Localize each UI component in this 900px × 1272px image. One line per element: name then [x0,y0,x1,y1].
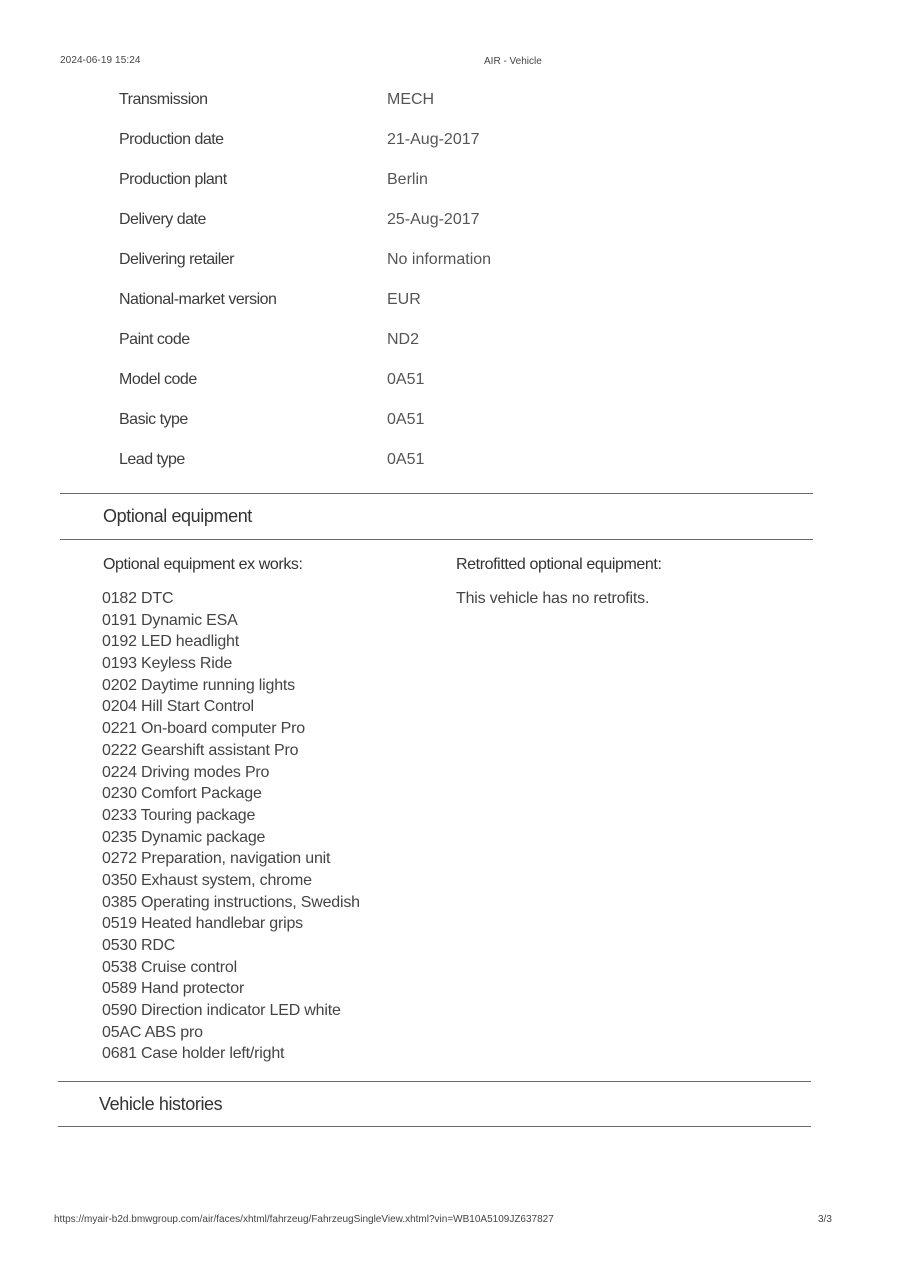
optional-equipment-title: Optional equipment [103,506,252,527]
info-label: Model code [119,371,387,389]
section-divider [60,539,813,540]
info-row-delivering-retailer: Delivering retailer No information [119,240,619,280]
info-value: EUR [387,291,421,309]
info-value: Berlin [387,171,428,189]
info-row-production-date: Production date 21-Aug-2017 [119,120,619,160]
info-row-transmission: Transmission MECH [119,80,619,120]
info-value: 0A51 [387,451,424,469]
retrofitted-heading: Retrofitted optional equipment: [456,556,662,574]
info-label: National-market version [119,291,387,309]
equipment-item: 0272 Preparation, navigation unit [102,848,360,870]
print-page-number: 3/3 [818,1214,832,1225]
equipment-item: 0538 Cruise control [102,957,360,979]
info-label: Basic type [119,411,387,429]
info-row-production-plant: Production plant Berlin [119,160,619,200]
info-value: No information [387,251,491,269]
equipment-item: 0530 RDC [102,935,360,957]
info-label: Transmission [119,91,387,109]
equipment-item: 0222 Gearshift assistant Pro [102,740,360,762]
section-divider [58,1081,811,1082]
equipment-item: 0202 Daytime running lights [102,675,360,697]
info-label: Delivering retailer [119,251,387,269]
info-row-national-market-version: National-market version EUR [119,280,619,320]
info-label: Lead type [119,451,387,469]
print-footer-url: https://myair-b2d.bmwgroup.com/air/faces… [54,1214,554,1225]
info-row-model-code: Model code 0A51 [119,360,619,400]
equipment-item: 0233 Touring package [102,805,360,827]
equipment-item: 0350 Exhaust system, chrome [102,870,360,892]
info-row-lead-type: Lead type 0A51 [119,440,619,480]
print-datetime: 2024-06-19 15:24 [60,55,141,66]
equipment-item: 0204 Hill Start Control [102,696,360,718]
info-label: Delivery date [119,211,387,229]
equipment-item: 0224 Driving modes Pro [102,762,360,784]
info-row-paint-code: Paint code ND2 [119,320,619,360]
info-value: 0A51 [387,371,424,389]
info-value: 25-Aug-2017 [387,211,480,229]
equipment-item: 0230 Comfort Package [102,783,360,805]
retrofitted-text: This vehicle has no retrofits. [456,590,649,608]
equipment-item: 0519 Heated handlebar grips [102,913,360,935]
equipment-item: 0182 DTC [102,588,360,610]
equipment-item: 05AC ABS pro [102,1022,360,1044]
section-divider [60,493,813,494]
equipment-item: 0193 Keyless Ride [102,653,360,675]
info-value: 21-Aug-2017 [387,131,480,149]
info-row-delivery-date: Delivery date 25-Aug-2017 [119,200,619,240]
info-row-basic-type: Basic type 0A51 [119,400,619,440]
info-label: Paint code [119,331,387,349]
ex-works-heading: Optional equipment ex works: [103,556,303,574]
equipment-item: 0221 On-board computer Pro [102,718,360,740]
info-label: Production date [119,131,387,149]
info-value: ND2 [387,331,419,349]
section-divider [58,1126,811,1127]
equipment-item: 0590 Direction indicator LED white [102,1000,360,1022]
vehicle-histories-title: Vehicle histories [99,1094,222,1115]
equipment-item: 0192 LED headlight [102,631,360,653]
equipment-item: 0235 Dynamic package [102,827,360,849]
equipment-item: 0191 Dynamic ESA [102,610,360,632]
equipment-item: 0589 Hand protector [102,978,360,1000]
vehicle-info-table: Transmission MECH Production date 21-Aug… [119,80,619,480]
info-label: Production plant [119,171,387,189]
ex-works-equipment-list: 0182 DTC 0191 Dynamic ESA 0192 LED headl… [102,588,360,1065]
info-value: 0A51 [387,411,424,429]
equipment-item: 0385 Operating instructions, Swedish [102,892,360,914]
info-value: MECH [387,91,434,109]
print-title: AIR - Vehicle [484,56,542,67]
equipment-item: 0681 Case holder left/right [102,1043,360,1065]
